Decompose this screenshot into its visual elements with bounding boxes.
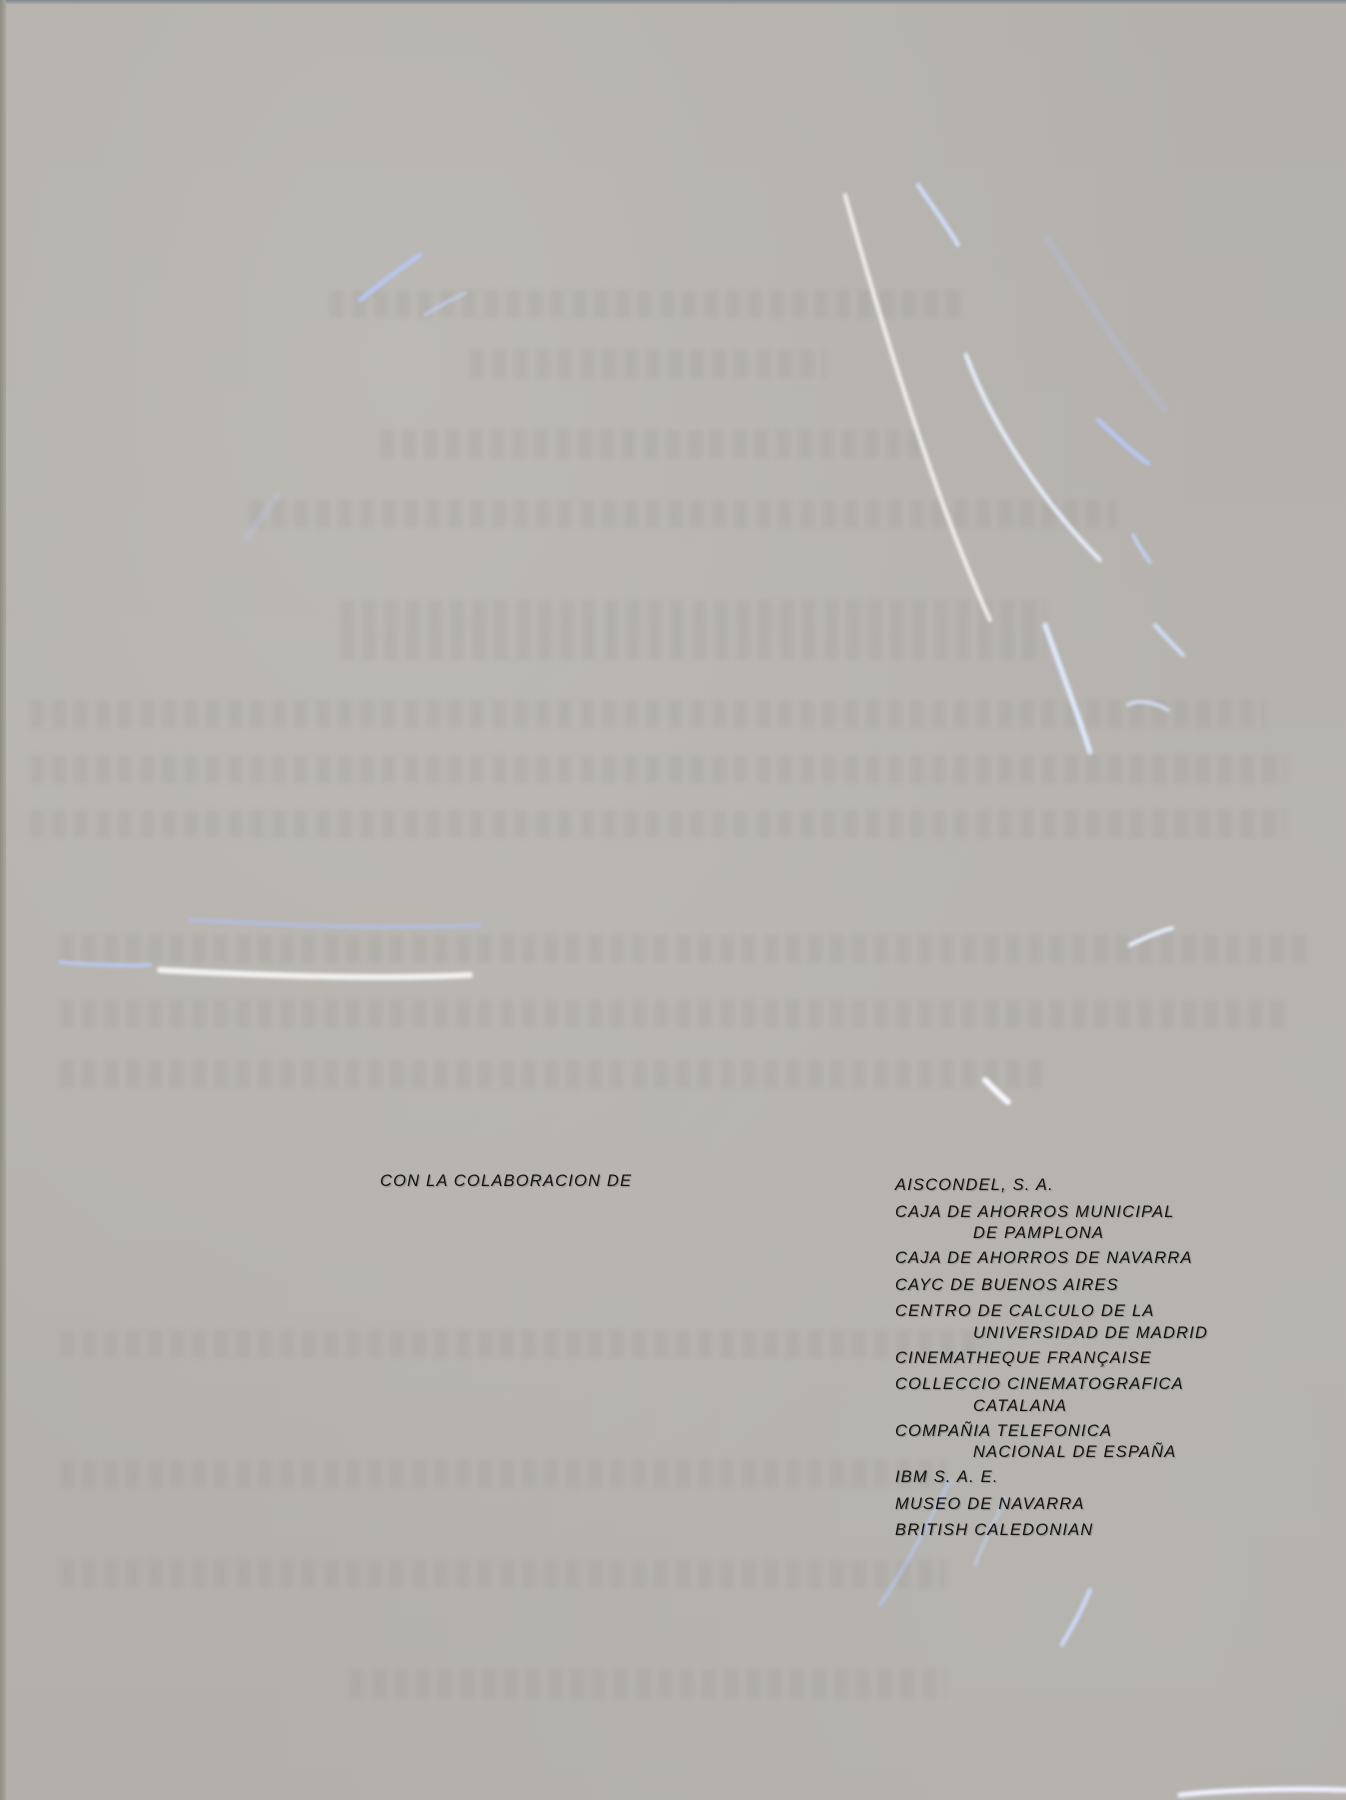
bleed-through-heading [340, 600, 1046, 660]
scanned-page: CON LA COLABORACION DE AISCONDEL, S. A. … [0, 0, 1346, 1800]
sponsor-item: BRITISH CALEDONIAN [895, 1517, 1208, 1544]
sponsor-name: CENTRO DE CALCULO DE LA [895, 1302, 1155, 1320]
sponsor-name: CINEMATHEQUE FRANÇAISE [895, 1349, 1152, 1367]
sponsor-item: CAJA DE AHORROS DE NAVARRA [895, 1245, 1208, 1272]
bleed-through-line [30, 755, 1286, 783]
bleed-through-line [380, 430, 926, 458]
collaboration-heading: CON LA COLABORACION DE [380, 1172, 632, 1191]
bleed-through-line [60, 1000, 1286, 1028]
sponsor-name: CAJA DE AHORROS MUNICIPAL [895, 1203, 1175, 1221]
sponsor-name: IBM S. A. E. [895, 1468, 999, 1486]
bleed-through-line [60, 1560, 946, 1588]
sponsor-item: MUSEO DE NAVARRA [895, 1491, 1208, 1518]
sponsor-name: AISCONDEL, S. A. [895, 1176, 1054, 1194]
sponsor-name-continued: CATALANA [895, 1395, 1208, 1418]
sponsor-name-continued: NACIONAL DE ESPAÑA [895, 1441, 1208, 1464]
bleed-through-line [60, 1330, 986, 1358]
page-top-edge [0, 0, 1346, 4]
bleed-through-line [30, 700, 1266, 728]
sponsor-item: IBM S. A. E. [895, 1464, 1208, 1491]
bleed-through-line [250, 500, 1116, 528]
bleed-through-line [60, 1460, 946, 1488]
bleed-through-line [60, 1060, 1046, 1088]
sponsor-item: CINEMATHEQUE FRANÇAISE [895, 1345, 1208, 1372]
bleed-through-line [30, 810, 1286, 838]
sponsor-item: COLLECCIO CINEMATOGRAFICACATALANA [895, 1371, 1208, 1418]
bleed-through-line [60, 935, 1306, 963]
bleed-through-line [330, 290, 966, 318]
bleed-through-line [350, 1670, 946, 1698]
sponsor-name-continued: DE PAMPLONA [895, 1222, 1208, 1245]
sponsor-name-continued: UNIVERSIDAD DE MADRID [895, 1322, 1208, 1345]
sponsor-item: CAJA DE AHORROS MUNICIPALDE PAMPLONA [895, 1199, 1208, 1246]
sponsor-name: CAYC DE BUENOS AIRES [895, 1276, 1119, 1294]
sponsor-name: CAJA DE AHORROS DE NAVARRA [895, 1249, 1193, 1267]
page-left-edge [0, 0, 6, 1800]
sponsor-item: CENTRO DE CALCULO DE LAUNIVERSIDAD DE MA… [895, 1298, 1208, 1345]
sponsor-item: AISCONDEL, S. A. [895, 1172, 1208, 1199]
sponsor-name: BRITISH CALEDONIAN [895, 1521, 1094, 1539]
sponsor-item: CAYC DE BUENOS AIRES [895, 1272, 1208, 1299]
sponsor-list: AISCONDEL, S. A. CAJA DE AHORROS MUNICIP… [895, 1172, 1208, 1544]
bleed-through-line [470, 350, 826, 378]
sponsor-name: COLLECCIO CINEMATOGRAFICA [895, 1375, 1184, 1393]
sponsor-name: COMPAÑIA TELEFONICA [895, 1422, 1112, 1440]
sponsor-name: MUSEO DE NAVARRA [895, 1495, 1085, 1513]
sponsor-item: COMPAÑIA TELEFONICANACIONAL DE ESPAÑA [895, 1418, 1208, 1465]
